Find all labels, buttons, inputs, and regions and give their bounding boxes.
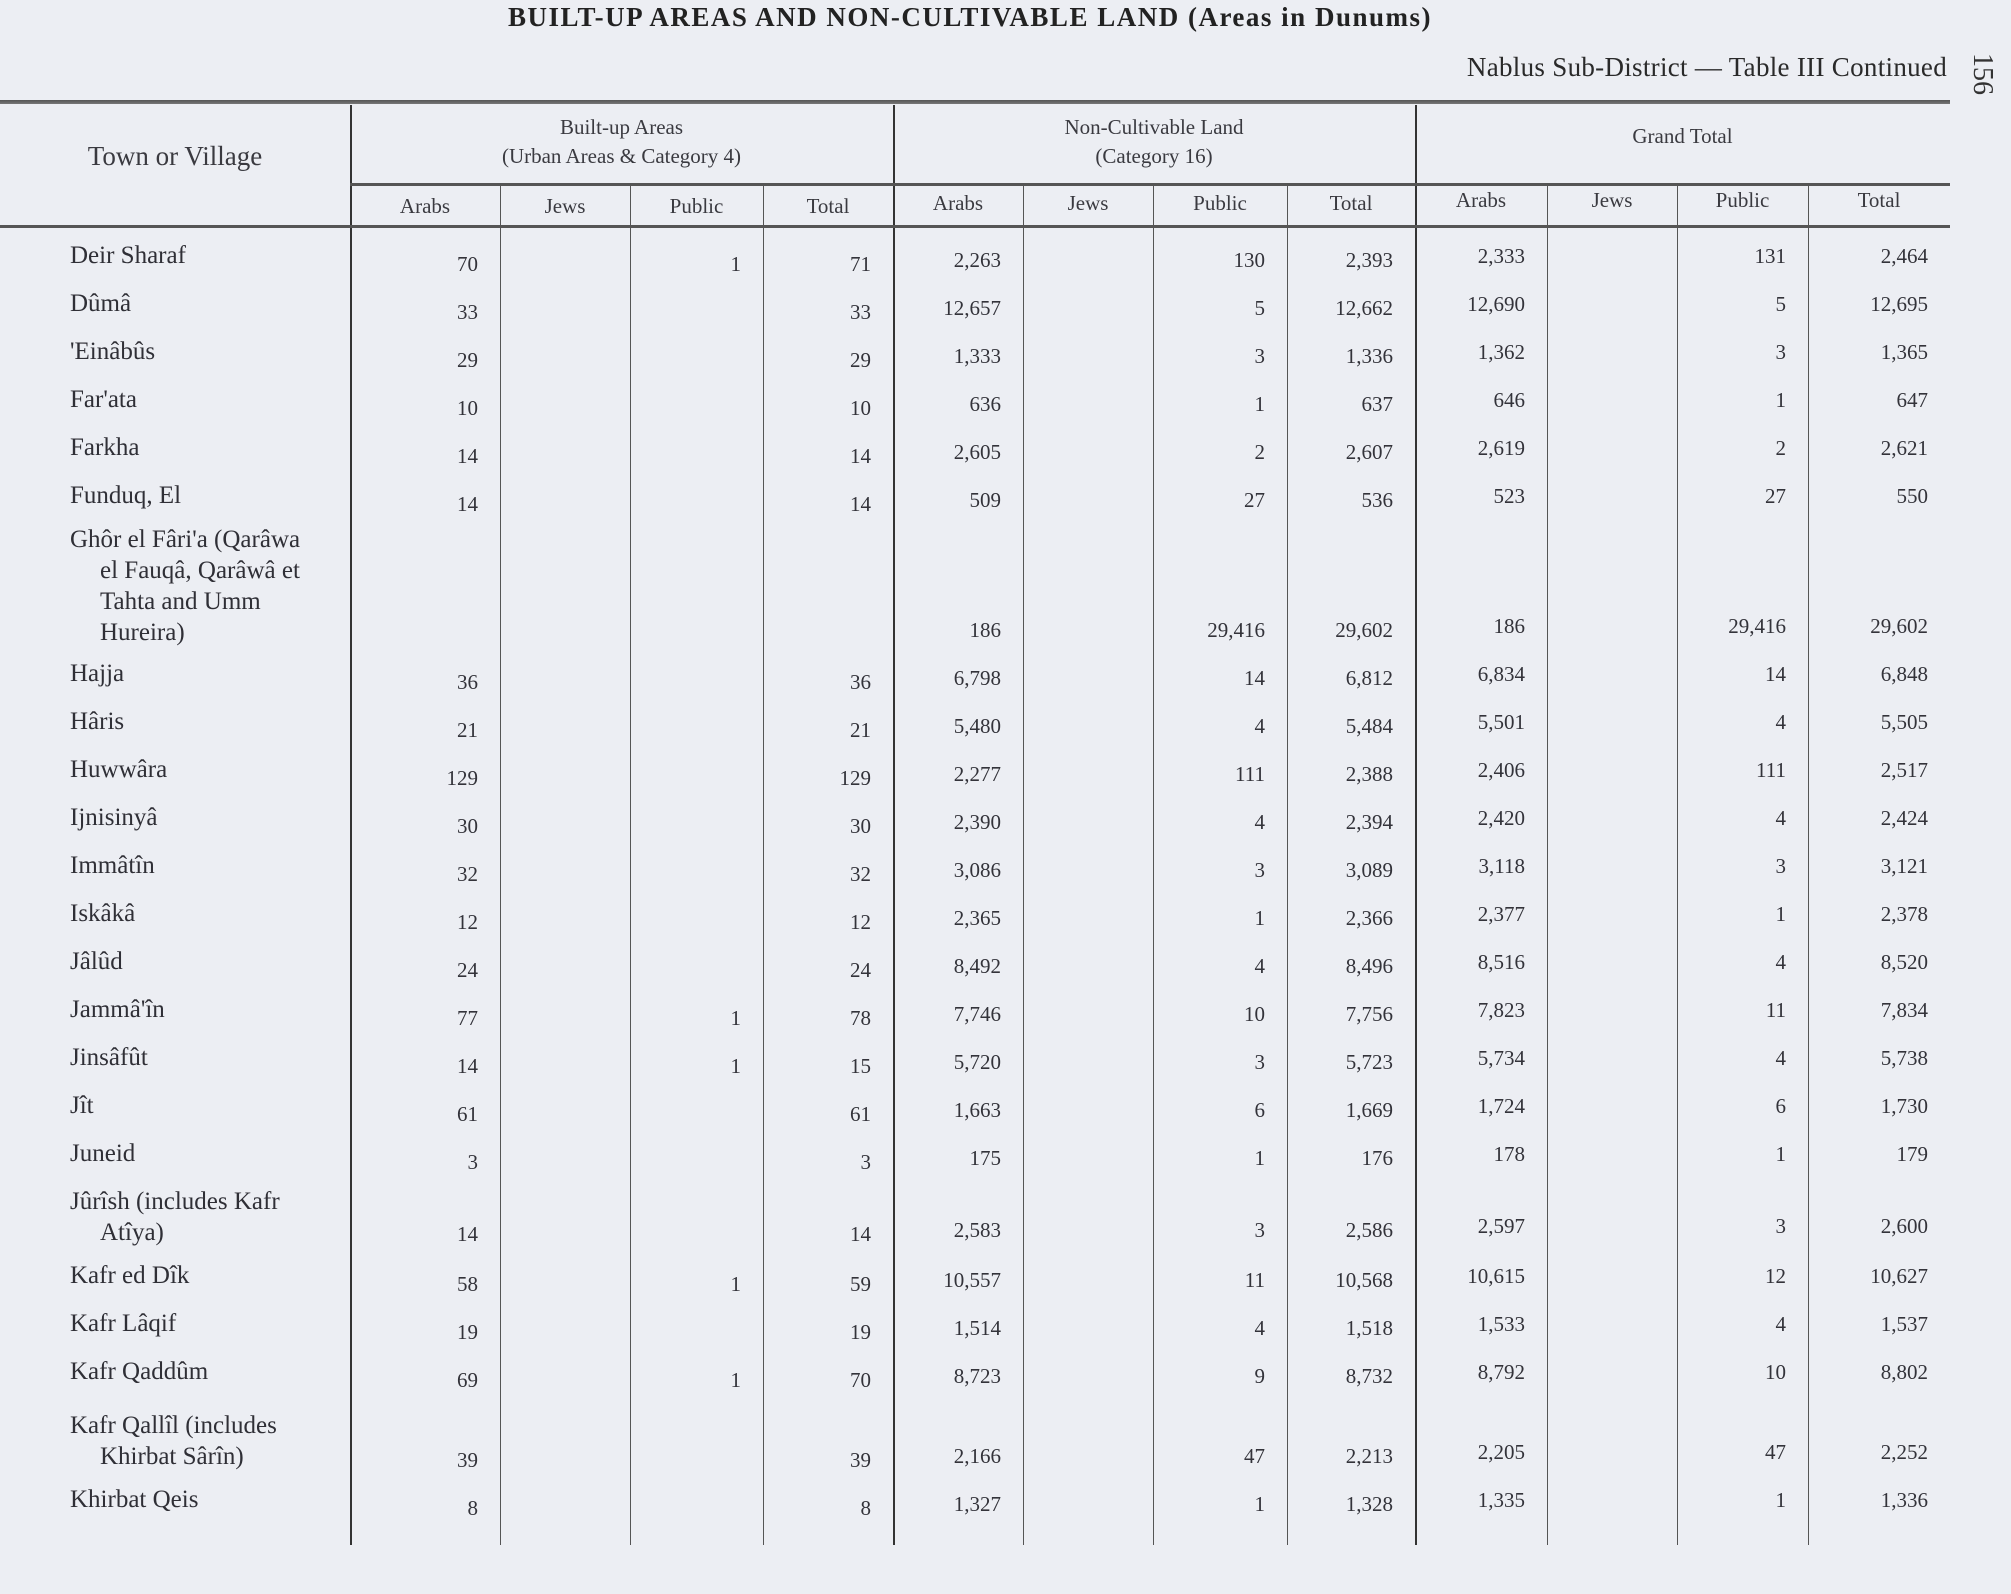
- cell-grand-total-arabs: 523: [1407, 484, 1525, 509]
- cell-grand-total-total: 1,336: [1810, 1488, 1928, 1513]
- town-name: Farkha: [70, 432, 335, 463]
- subcolumn-header-arabs: Arabs: [1415, 186, 1547, 215]
- cell-built-up-public: 1: [623, 1272, 741, 1297]
- town-name: Kafr Qallîl (includesKhirbat Sârîn): [70, 1410, 335, 1472]
- town-name-line: 'Einâbûs: [70, 336, 335, 367]
- cell-grand-total-total: 12,695: [1810, 292, 1928, 317]
- cell-grand-total-arabs: 3,118: [1407, 854, 1525, 879]
- subcolumn-header-total: Total: [763, 192, 893, 221]
- cell-grand-total-arabs: 8,792: [1407, 1360, 1525, 1385]
- town-name: Ghôr el Fâri'a (Qarâwael Fauqâ, Qarâwâ e…: [70, 524, 335, 648]
- cell-built-up-total: 8: [753, 1496, 871, 1521]
- cell-grand-total-public: 10: [1668, 1360, 1786, 1385]
- town-name: 'Einâbûs: [70, 336, 335, 367]
- cell-non-cultivable-public: 5: [1147, 296, 1265, 321]
- cell-grand-total-public: 1: [1668, 902, 1786, 927]
- cell-non-cultivable-total: 2,213: [1275, 1444, 1393, 1469]
- town-name-continuation: Tahta and Umm: [70, 586, 335, 617]
- cell-grand-total-total: 29,602: [1810, 614, 1928, 639]
- cell-built-up-total: 39: [753, 1448, 871, 1473]
- cell-built-up-arabs: 12: [360, 910, 478, 935]
- cell-non-cultivable-public: 130: [1147, 248, 1265, 273]
- cell-non-cultivable-total: 1,336: [1275, 344, 1393, 369]
- cell-grand-total-arabs: 1,533: [1407, 1312, 1525, 1337]
- group-header-built-up-areas: Built-up Areas(Urban Areas & Category 4): [350, 113, 893, 171]
- town-name: Dûmâ: [70, 288, 335, 319]
- cell-non-cultivable-public: 14: [1147, 666, 1265, 691]
- cell-grand-total-total: 2,252: [1810, 1440, 1928, 1465]
- town-name-line: Khirbat Qeis: [70, 1484, 335, 1515]
- town-name: Deir Sharaf: [70, 240, 335, 271]
- cell-non-cultivable-arabs: 509: [883, 488, 1001, 513]
- cell-non-cultivable-total: 2,586: [1275, 1218, 1393, 1243]
- column-divider: [500, 185, 501, 1545]
- cell-built-up-arabs: 14: [360, 444, 478, 469]
- subcolumn-header-jews: Jews: [1547, 186, 1677, 215]
- cell-grand-total-public: 3: [1668, 1214, 1786, 1239]
- cell-non-cultivable-public: 3: [1147, 858, 1265, 883]
- town-name: Jammâ'în: [70, 994, 335, 1025]
- town-name-line: Deir Sharaf: [70, 240, 335, 271]
- cell-non-cultivable-arabs: 1,327: [883, 1492, 1001, 1517]
- cell-built-up-total: 10: [753, 396, 871, 421]
- cell-grand-total-public: 5: [1668, 292, 1786, 317]
- cell-non-cultivable-arabs: 175: [883, 1146, 1001, 1171]
- cell-built-up-public: 1: [623, 1368, 741, 1393]
- cell-grand-total-public: 3: [1668, 854, 1786, 879]
- town-name-line: Far'ata: [70, 384, 335, 415]
- cell-non-cultivable-arabs: 6,798: [883, 666, 1001, 691]
- cell-non-cultivable-arabs: 5,720: [883, 1050, 1001, 1075]
- subcolumn-header-arabs: Arabs: [893, 189, 1023, 218]
- cell-non-cultivable-total: 12,662: [1275, 296, 1393, 321]
- cell-grand-total-arabs: 2,333: [1407, 244, 1525, 269]
- cell-non-cultivable-public: 3: [1147, 1218, 1265, 1243]
- cell-built-up-total: 29: [753, 348, 871, 373]
- town-name-line: Hâris: [70, 706, 335, 737]
- subcolumn-header-jews: Jews: [1023, 189, 1153, 218]
- group-header-line2: (Category 16): [893, 142, 1415, 171]
- cell-grand-total-public: 131: [1668, 244, 1786, 269]
- cell-grand-total-arabs: 2,406: [1407, 758, 1525, 783]
- cell-grand-total-arabs: 186: [1407, 614, 1525, 639]
- town-name-line: Huwwâra: [70, 754, 335, 785]
- cell-grand-total-total: 647: [1810, 388, 1928, 413]
- town-name: Khirbat Qeis: [70, 1484, 335, 1515]
- town-name-line: Kafr Qallîl (includes: [70, 1410, 335, 1441]
- town-name: Far'ata: [70, 384, 335, 415]
- cell-built-up-arabs: 24: [360, 958, 478, 983]
- cell-non-cultivable-total: 1,518: [1275, 1316, 1393, 1341]
- cell-grand-total-arabs: 646: [1407, 388, 1525, 413]
- town-name: Kafr ed Dîk: [70, 1260, 335, 1291]
- cell-non-cultivable-total: 8,496: [1275, 954, 1393, 979]
- town-name: Kafr Lâqif: [70, 1308, 335, 1339]
- cell-non-cultivable-total: 2,607: [1275, 440, 1393, 465]
- cell-grand-total-public: 29,416: [1668, 614, 1786, 639]
- cell-non-cultivable-public: 47: [1147, 1444, 1265, 1469]
- cell-non-cultivable-public: 4: [1147, 714, 1265, 739]
- town-name-line: Dûmâ: [70, 288, 335, 319]
- subcolumn-header-public: Public: [630, 192, 763, 221]
- cell-non-cultivable-arabs: 2,583: [883, 1218, 1001, 1243]
- town-name: Hâris: [70, 706, 335, 737]
- column-divider: [1547, 185, 1548, 1545]
- cell-built-up-total: 61: [753, 1102, 871, 1127]
- town-name-line: Jinsâfût: [70, 1042, 335, 1073]
- cell-built-up-public: 1: [623, 252, 741, 277]
- cell-built-up-public: 1: [623, 1054, 741, 1079]
- cell-grand-total-arabs: 178: [1407, 1142, 1525, 1167]
- group-header-line2: (Urban Areas & Category 4): [350, 142, 893, 171]
- cell-grand-total-arabs: 5,501: [1407, 710, 1525, 735]
- cell-grand-total-total: 1,730: [1810, 1094, 1928, 1119]
- cell-grand-total-public: 4: [1668, 806, 1786, 831]
- town-name-line: Funduq, El: [70, 480, 335, 511]
- row-header-town-or-village: Town or Village: [0, 142, 350, 171]
- cell-built-up-arabs: 30: [360, 814, 478, 839]
- cell-non-cultivable-public: 11: [1147, 1268, 1265, 1293]
- cell-non-cultivable-total: 6,812: [1275, 666, 1393, 691]
- cell-built-up-arabs: 69: [360, 1368, 478, 1393]
- cell-non-cultivable-public: 9: [1147, 1364, 1265, 1389]
- cell-non-cultivable-public: 29,416: [1147, 618, 1265, 643]
- cell-grand-total-total: 2,621: [1810, 436, 1928, 461]
- cell-non-cultivable-arabs: 7,746: [883, 1002, 1001, 1027]
- cell-grand-total-public: 1: [1668, 1142, 1786, 1167]
- cell-grand-total-arabs: 12,690: [1407, 292, 1525, 317]
- cell-grand-total-arabs: 2,420: [1407, 806, 1525, 831]
- cell-built-up-arabs: 29: [360, 348, 478, 373]
- town-name-line: Jammâ'în: [70, 994, 335, 1025]
- cell-built-up-public: 1: [623, 1006, 741, 1031]
- cell-grand-total-arabs: 2,619: [1407, 436, 1525, 461]
- cell-non-cultivable-total: 2,393: [1275, 248, 1393, 273]
- town-name: Iskâkâ: [70, 898, 335, 929]
- cell-built-up-total: 12: [753, 910, 871, 935]
- cell-built-up-total: 19: [753, 1320, 871, 1345]
- cell-grand-total-public: 4: [1668, 950, 1786, 975]
- cell-built-up-arabs: 39: [360, 1448, 478, 1473]
- cell-non-cultivable-total: 176: [1275, 1146, 1393, 1171]
- cell-built-up-arabs: 21: [360, 718, 478, 743]
- town-name: Immâtîn: [70, 850, 335, 881]
- cell-grand-total-public: 47: [1668, 1440, 1786, 1465]
- cell-non-cultivable-public: 1: [1147, 1146, 1265, 1171]
- town-name-continuation: el Fauqâ, Qarâwâ et: [70, 555, 335, 586]
- cell-non-cultivable-arabs: 2,390: [883, 810, 1001, 835]
- cell-grand-total-public: 1: [1668, 388, 1786, 413]
- cell-grand-total-public: 1: [1668, 1488, 1786, 1513]
- cell-grand-total-arabs: 5,734: [1407, 1046, 1525, 1071]
- column-divider: [1023, 185, 1024, 1545]
- cell-built-up-total: 30: [753, 814, 871, 839]
- cell-built-up-arabs: 129: [360, 766, 478, 791]
- cell-non-cultivable-public: 3: [1147, 1050, 1265, 1075]
- group-header-non-cultivable-land: Non-Cultivable Land(Category 16): [893, 113, 1415, 171]
- cell-non-cultivable-public: 3: [1147, 344, 1265, 369]
- cell-grand-total-total: 550: [1810, 484, 1928, 509]
- cell-non-cultivable-public: 6: [1147, 1098, 1265, 1123]
- cell-grand-total-total: 6,848: [1810, 662, 1928, 687]
- cell-non-cultivable-public: 1: [1147, 392, 1265, 417]
- town-name: Jâlûd: [70, 946, 335, 977]
- cell-non-cultivable-public: 4: [1147, 954, 1265, 979]
- cell-non-cultivable-arabs: 1,333: [883, 344, 1001, 369]
- cell-grand-total-total: 2,424: [1810, 806, 1928, 831]
- cell-grand-total-public: 12: [1668, 1264, 1786, 1289]
- town-name-continuation: Hureira): [70, 617, 335, 648]
- cell-non-cultivable-arabs: 2,605: [883, 440, 1001, 465]
- cell-grand-total-public: 4: [1668, 1046, 1786, 1071]
- cell-grand-total-arabs: 2,597: [1407, 1214, 1525, 1239]
- cell-non-cultivable-arabs: 2,277: [883, 762, 1001, 787]
- header-rule: [0, 100, 1950, 104]
- cell-grand-total-total: 10,627: [1810, 1264, 1928, 1289]
- cell-grand-total-total: 7,834: [1810, 998, 1928, 1023]
- town-name-line: Ijnisinyâ: [70, 802, 335, 833]
- cell-built-up-arabs: 10: [360, 396, 478, 421]
- cell-built-up-arabs: 77: [360, 1006, 478, 1031]
- column-divider: [1808, 185, 1809, 1545]
- cell-grand-total-public: 27: [1668, 484, 1786, 509]
- town-name-line: Ghôr el Fâri'a (Qarâwa: [70, 524, 335, 555]
- cell-non-cultivable-arabs: 1,514: [883, 1316, 1001, 1341]
- cell-non-cultivable-public: 1: [1147, 1492, 1265, 1517]
- page-title: BUILT-UP AREAS AND NON-CULTIVABLE LAND (…: [0, 2, 1940, 33]
- cell-built-up-total: 15: [753, 1054, 871, 1079]
- cell-built-up-total: 33: [753, 300, 871, 325]
- cell-non-cultivable-total: 2,388: [1275, 762, 1393, 787]
- cell-grand-total-total: 8,802: [1810, 1360, 1928, 1385]
- cell-non-cultivable-total: 2,366: [1275, 906, 1393, 931]
- page-number: 156: [1966, 53, 1998, 95]
- town-name-line: Juneid: [70, 1138, 335, 1169]
- cell-non-cultivable-total: 5,723: [1275, 1050, 1393, 1075]
- cell-built-up-total: 32: [753, 862, 871, 887]
- town-name: Jît: [70, 1090, 335, 1121]
- cell-built-up-arabs: 14: [360, 492, 478, 517]
- subcolumn-header-jews: Jews: [500, 192, 630, 221]
- cell-non-cultivable-public: 4: [1147, 810, 1265, 835]
- cell-grand-total-public: 4: [1668, 710, 1786, 735]
- cell-non-cultivable-total: 3,089: [1275, 858, 1393, 883]
- cell-built-up-arabs: 8: [360, 1496, 478, 1521]
- table-subtitle: Nablus Sub-District — Table III Continue…: [1467, 52, 1947, 83]
- town-name-line: Jît: [70, 1090, 335, 1121]
- cell-grand-total-public: 14: [1668, 662, 1786, 687]
- cell-non-cultivable-arabs: 186: [883, 618, 1001, 643]
- cell-grand-total-public: 11: [1668, 998, 1786, 1023]
- town-name: Juneid: [70, 1138, 335, 1169]
- cell-non-cultivable-arabs: 3,086: [883, 858, 1001, 883]
- town-name-continuation: Atîya): [70, 1217, 335, 1248]
- group-header-grand-total: Grand Total: [1415, 122, 1950, 151]
- cell-built-up-arabs: 14: [360, 1222, 478, 1247]
- cell-non-cultivable-total: 10,568: [1275, 1268, 1393, 1293]
- cell-grand-total-total: 179: [1810, 1142, 1928, 1167]
- cell-built-up-total: 14: [753, 444, 871, 469]
- town-name-continuation: Khirbat Sârîn): [70, 1441, 335, 1472]
- cell-grand-total-total: 5,738: [1810, 1046, 1928, 1071]
- cell-built-up-total: 129: [753, 766, 871, 791]
- cell-non-cultivable-total: 1,328: [1275, 1492, 1393, 1517]
- subcolumn-header-public: Public: [1677, 186, 1808, 215]
- cell-built-up-total: 14: [753, 492, 871, 517]
- subcolumn-header-total: Total: [1287, 189, 1415, 218]
- cell-grand-total-public: 111: [1668, 758, 1786, 783]
- cell-grand-total-arabs: 2,377: [1407, 902, 1525, 927]
- cell-non-cultivable-arabs: 1,663: [883, 1098, 1001, 1123]
- group-header-line1: Non-Cultivable Land: [893, 113, 1415, 142]
- cell-grand-total-public: 4: [1668, 1312, 1786, 1337]
- cell-non-cultivable-arabs: 2,365: [883, 906, 1001, 931]
- cell-non-cultivable-total: 637: [1275, 392, 1393, 417]
- cell-grand-total-total: 3,121: [1810, 854, 1928, 879]
- town-name: Kafr Qaddûm: [70, 1356, 335, 1387]
- cell-non-cultivable-total: 1,669: [1275, 1098, 1393, 1123]
- cell-non-cultivable-total: 8,732: [1275, 1364, 1393, 1389]
- town-name-line: Iskâkâ: [70, 898, 335, 929]
- subcolumn-header-public: Public: [1153, 189, 1287, 218]
- cell-non-cultivable-arabs: 2,166: [883, 1444, 1001, 1469]
- cell-grand-total-arabs: 1,335: [1407, 1488, 1525, 1513]
- cell-built-up-total: 71: [753, 252, 871, 277]
- cell-grand-total-arabs: 2,205: [1407, 1440, 1525, 1465]
- town-name: Jinsâfût: [70, 1042, 335, 1073]
- cell-non-cultivable-public: 10: [1147, 1002, 1265, 1027]
- cell-grand-total-arabs: 8,516: [1407, 950, 1525, 975]
- cell-grand-total-total: 2,464: [1810, 244, 1928, 269]
- cell-grand-total-total: 2,600: [1810, 1214, 1928, 1239]
- town-name: Huwwâra: [70, 754, 335, 785]
- town-name-line: Immâtîn: [70, 850, 335, 881]
- cell-grand-total-arabs: 10,615: [1407, 1264, 1525, 1289]
- town-name-line: Kafr Lâqif: [70, 1308, 335, 1339]
- cell-built-up-arabs: 33: [360, 300, 478, 325]
- cell-non-cultivable-public: 111: [1147, 762, 1265, 787]
- cell-grand-total-total: 2,517: [1810, 758, 1928, 783]
- group-header-line1: Built-up Areas: [350, 113, 893, 142]
- cell-non-cultivable-public: 2: [1147, 440, 1265, 465]
- town-name: Funduq, El: [70, 480, 335, 511]
- cell-grand-total-public: 3: [1668, 340, 1786, 365]
- cell-built-up-total: 70: [753, 1368, 871, 1393]
- town-name-line: Kafr Qaddûm: [70, 1356, 335, 1387]
- cell-built-up-total: 59: [753, 1272, 871, 1297]
- cell-grand-total-total: 1,537: [1810, 1312, 1928, 1337]
- town-name-line: Hajja: [70, 658, 335, 689]
- cell-grand-total-public: 6: [1668, 1094, 1786, 1119]
- cell-built-up-arabs: 3: [360, 1150, 478, 1175]
- cell-built-up-total: 21: [753, 718, 871, 743]
- subcolumn-header-total: Total: [1808, 186, 1950, 215]
- town-name-line: Jûrîsh (includes Kafr: [70, 1186, 335, 1217]
- cell-grand-total-arabs: 1,724: [1407, 1094, 1525, 1119]
- cell-non-cultivable-arabs: 5,480: [883, 714, 1001, 739]
- cell-grand-total-public: 2: [1668, 436, 1786, 461]
- cell-non-cultivable-arabs: 8,723: [883, 1364, 1001, 1389]
- cell-grand-total-total: 8,520: [1810, 950, 1928, 975]
- cell-non-cultivable-total: 29,602: [1275, 618, 1393, 643]
- cell-non-cultivable-total: 5,484: [1275, 714, 1393, 739]
- cell-built-up-arabs: 19: [360, 1320, 478, 1345]
- town-name: Jûrîsh (includes KafrAtîya): [70, 1186, 335, 1248]
- cell-built-up-total: 24: [753, 958, 871, 983]
- group-header-line1: Grand Total: [1415, 122, 1950, 151]
- cell-grand-total-arabs: 7,823: [1407, 998, 1525, 1023]
- cell-non-cultivable-public: 1: [1147, 906, 1265, 931]
- cell-built-up-arabs: 14: [360, 1054, 478, 1079]
- cell-non-cultivable-total: 536: [1275, 488, 1393, 513]
- cell-built-up-arabs: 32: [360, 862, 478, 887]
- cell-non-cultivable-arabs: 636: [883, 392, 1001, 417]
- cell-non-cultivable-arabs: 10,557: [883, 1268, 1001, 1293]
- cell-non-cultivable-public: 27: [1147, 488, 1265, 513]
- cell-built-up-arabs: 36: [360, 670, 478, 695]
- cell-grand-total-total: 2,378: [1810, 902, 1928, 927]
- town-name-line: Jâlûd: [70, 946, 335, 977]
- cell-non-cultivable-arabs: 12,657: [883, 296, 1001, 321]
- cell-non-cultivable-total: 7,756: [1275, 1002, 1393, 1027]
- cell-grand-total-arabs: 6,834: [1407, 662, 1525, 687]
- cell-built-up-total: 3: [753, 1150, 871, 1175]
- cell-built-up-arabs: 58: [360, 1272, 478, 1297]
- cell-built-up-total: 78: [753, 1006, 871, 1031]
- cell-grand-total-total: 1,365: [1810, 340, 1928, 365]
- cell-built-up-arabs: 61: [360, 1102, 478, 1127]
- town-name: Hajja: [70, 658, 335, 689]
- column-divider: [350, 105, 352, 1545]
- cell-non-cultivable-public: 4: [1147, 1316, 1265, 1341]
- town-name-line: Kafr ed Dîk: [70, 1260, 335, 1291]
- subcolumn-header-arabs: Arabs: [350, 192, 500, 221]
- cell-grand-total-arabs: 1,362: [1407, 340, 1525, 365]
- cell-non-cultivable-arabs: 2,263: [883, 248, 1001, 273]
- cell-grand-total-total: 5,505: [1810, 710, 1928, 735]
- cell-built-up-arabs: 70: [360, 252, 478, 277]
- header-bottom-rule: [0, 225, 1950, 228]
- column-divider: [630, 185, 631, 1545]
- cell-built-up-total: 36: [753, 670, 871, 695]
- cell-non-cultivable-arabs: 8,492: [883, 954, 1001, 979]
- town-name-line: Farkha: [70, 432, 335, 463]
- town-name: Ijnisinyâ: [70, 802, 335, 833]
- cell-built-up-total: 14: [753, 1222, 871, 1247]
- cell-non-cultivable-total: 2,394: [1275, 810, 1393, 835]
